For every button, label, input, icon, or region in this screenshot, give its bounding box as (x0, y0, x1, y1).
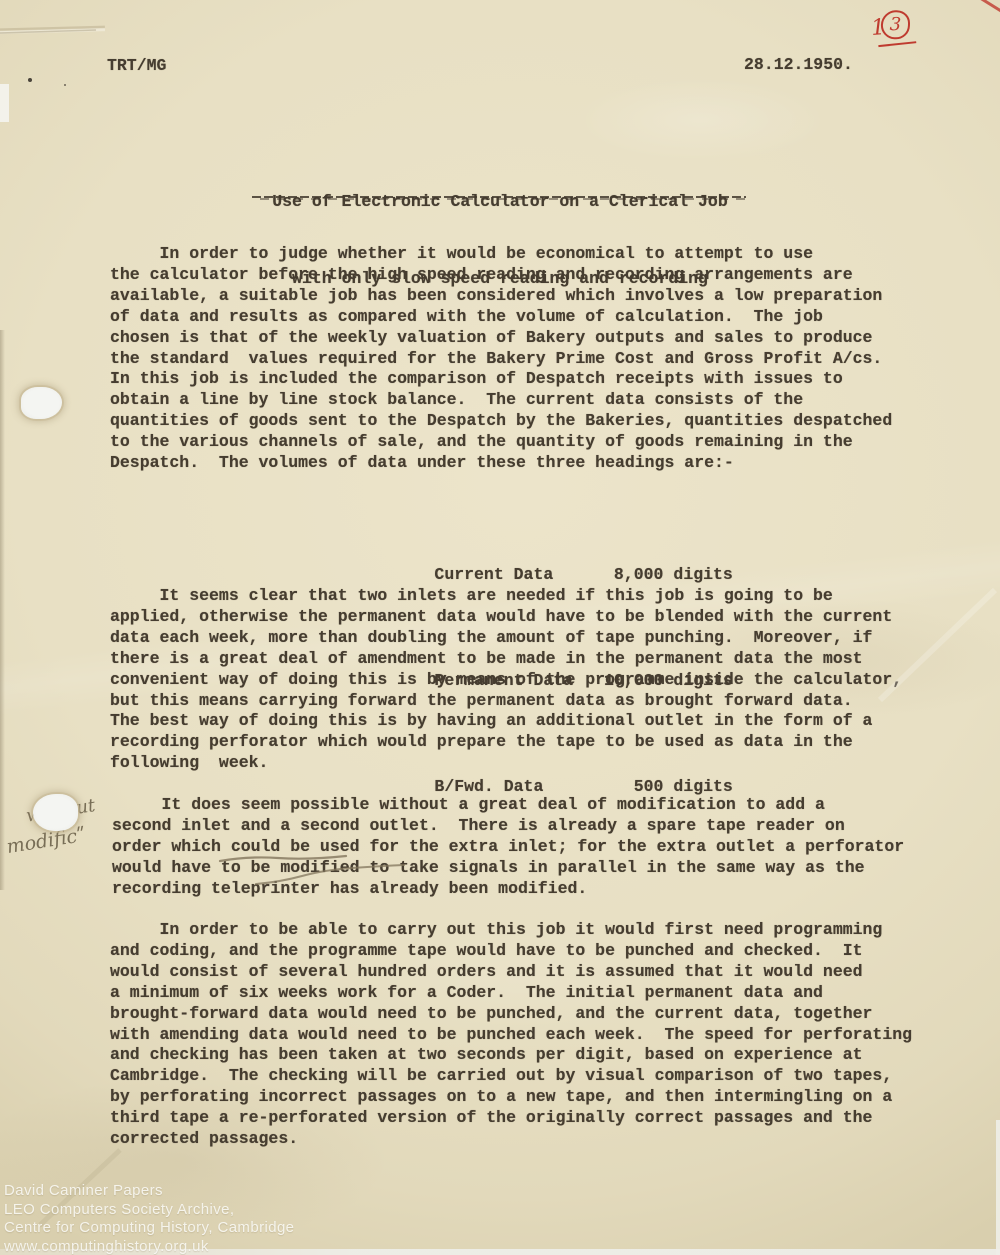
scan-edge-shadow (0, 330, 5, 890)
punch-hole (21, 387, 62, 419)
paragraph-1: In order to judge whether it would be ec… (110, 244, 892, 474)
scanned-document-page: TRT/MG 28.12.1950. 1 3 Use of Electronic… (0, 0, 1000, 1255)
red-pen-corner-stroke (976, 0, 1000, 12)
title-line-1: Use of Electronic Calculator on a Cleric… (0, 189, 1000, 215)
circled-number: 3 (880, 10, 910, 40)
paragraph-3: It does seem possible without a great de… (112, 795, 904, 900)
typed-dashed-underline (252, 196, 746, 200)
paper-crease (0, 26, 105, 38)
scan-edge-artifact (996, 1120, 1000, 1255)
ink-speck (28, 78, 32, 82)
table-row-unit: digits (673, 777, 732, 796)
paragraph-2: It seems clear that two inlets are neede… (110, 586, 902, 774)
table-row-label: Current Data (434, 564, 597, 585)
punch-hole (33, 794, 78, 831)
archive-watermark: David Caminer Papers LEO Computers Socie… (4, 1182, 294, 1255)
table-row-value: 8,000 (597, 564, 663, 585)
document-date: 28.12.1950. (744, 55, 853, 76)
ink-speck (64, 84, 66, 86)
scan-edge-artifact (0, 84, 9, 122)
table-row-unit: digits (673, 565, 732, 584)
paragraph-4: In order to be able to carry out this jo… (110, 920, 912, 1150)
red-underline-mark (878, 41, 916, 47)
document-reference: TRT/MG (107, 56, 166, 77)
